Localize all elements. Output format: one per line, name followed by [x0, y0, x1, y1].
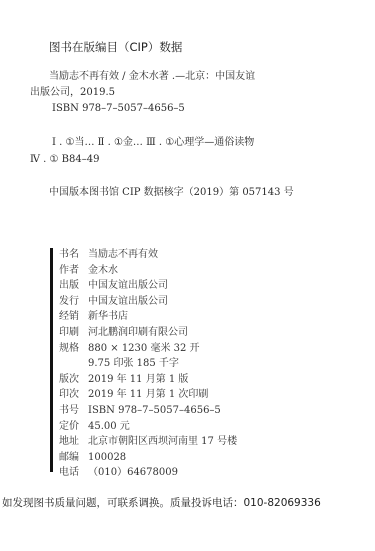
info-label: 印次: [59, 387, 88, 403]
cip-classification-line-2: Ⅳ . ① B84–49: [30, 153, 99, 167]
info-row-edition: 版次2019 年 11 月第 1 版: [59, 372, 237, 388]
info-label: 书号: [59, 403, 88, 419]
info-label: 规格: [59, 341, 88, 357]
info-value: ISBN 978–7–5057–4656–5: [88, 403, 221, 419]
info-value: 中国友谊出版公司: [88, 294, 168, 310]
info-value: 金木水: [88, 263, 118, 279]
info-label: 电话: [59, 465, 88, 481]
info-label: 定价: [59, 419, 88, 435]
info-label: [59, 356, 88, 372]
info-row-title: 书名当励志不再有效: [59, 247, 237, 263]
info-row-format: 规格880 × 1230 毫米 32 开: [59, 341, 237, 357]
info-value: 45.00 元: [88, 419, 130, 435]
cip-classification-line-1: Ⅰ . ①当… Ⅱ . ①金… Ⅲ . ①心理学—通俗读物: [52, 136, 254, 150]
info-label: 版次: [59, 372, 88, 388]
cip-book-line-2: 出版公司，2019.5: [30, 86, 115, 100]
info-label: 发行: [59, 294, 88, 310]
info-value: 9.75 印张 185 千字: [88, 356, 179, 372]
quality-notice: 如发现图书质量问题，可联系调换。质量投诉电话：010-82069336: [2, 495, 321, 510]
info-value: 新华书店: [88, 309, 128, 325]
info-row-printing: 印次2019 年 11 月第 1 次印刷: [59, 387, 237, 403]
info-value: 2019 年 11 月第 1 版: [88, 372, 188, 388]
info-value: 中国友谊出版公司: [88, 278, 168, 294]
info-label: 书名: [59, 247, 88, 263]
cip-heading: 图书在版编目（CIP）数据: [49, 39, 182, 55]
info-label: 地址: [59, 434, 88, 450]
info-row-printer: 印刷河北鹏润印刷有限公司: [59, 325, 237, 341]
info-value: 北京市朝阳区西坝河南里 17 号楼: [88, 434, 237, 450]
info-row-author: 作者金木水: [59, 263, 237, 279]
info-row-seller: 经销新华书店: [59, 309, 237, 325]
info-label: 经销: [59, 309, 88, 325]
info-row-address: 地址北京市朝阳区西坝河南里 17 号楼: [59, 434, 237, 450]
info-label: 印刷: [59, 325, 88, 341]
info-value: 100028: [88, 450, 126, 466]
info-row-format-2: 9.75 印张 185 千字: [59, 356, 237, 372]
cip-book-line-1: 当励志不再有效 / 金木水著 .—北京：中国友谊: [49, 70, 255, 84]
info-value: 2019 年 11 月第 1 次印刷: [88, 387, 208, 403]
info-value: 880 × 1230 毫米 32 开: [88, 341, 200, 357]
info-row-distributor: 发行中国友谊出版公司: [59, 294, 237, 310]
info-row-phone: 电话（010）64678009: [59, 465, 237, 481]
info-value: 当励志不再有效: [88, 247, 158, 263]
info-label: 作者: [59, 263, 88, 279]
info-row-price: 定价45.00 元: [59, 419, 237, 435]
info-value: （010）64678009: [88, 465, 178, 481]
publication-info-table: 书名当励志不再有效 作者金木水 出版中国友谊出版公司 发行中国友谊出版公司 经销…: [59, 247, 237, 481]
info-row-postcode: 邮编100028: [59, 450, 237, 466]
info-row-publisher: 出版中国友谊出版公司: [59, 278, 237, 294]
cip-data-number: 中国版本图书馆 CIP 数据核字（2019）第 057143 号: [49, 186, 294, 200]
info-left-bar: [50, 248, 53, 472]
cip-isbn: ISBN 978–7–5057–4656–5: [52, 102, 185, 116]
info-value: 河北鹏润印刷有限公司: [88, 325, 188, 341]
info-label: 出版: [59, 278, 88, 294]
info-row-isbn: 书号ISBN 978–7–5057–4656–5: [59, 403, 237, 419]
info-label: 邮编: [59, 450, 88, 466]
